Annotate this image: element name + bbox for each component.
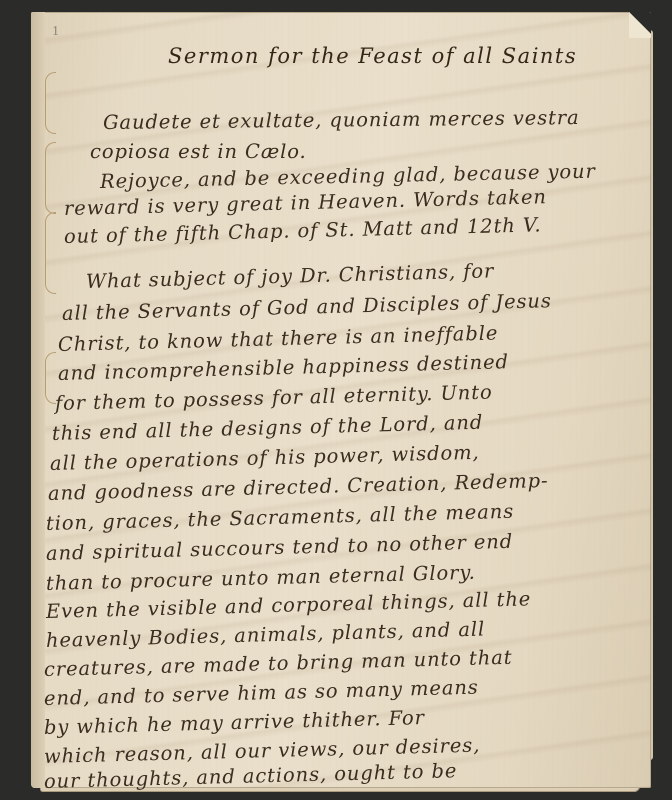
page-number: 1: [52, 24, 59, 40]
binding-thread: [45, 142, 56, 214]
folded-corner: [629, 12, 651, 38]
sermon-title: Sermon for the Feast of all Saints: [168, 44, 577, 68]
binding-thread: [45, 212, 56, 294]
epigraph-latin-line: copiosa est in Cælo.: [90, 140, 307, 163]
binding-thread: [45, 72, 56, 134]
binding-edge: [31, 12, 45, 788]
manuscript-scan: 1 Sermon for the Feast of all Saints Gau…: [0, 0, 672, 800]
